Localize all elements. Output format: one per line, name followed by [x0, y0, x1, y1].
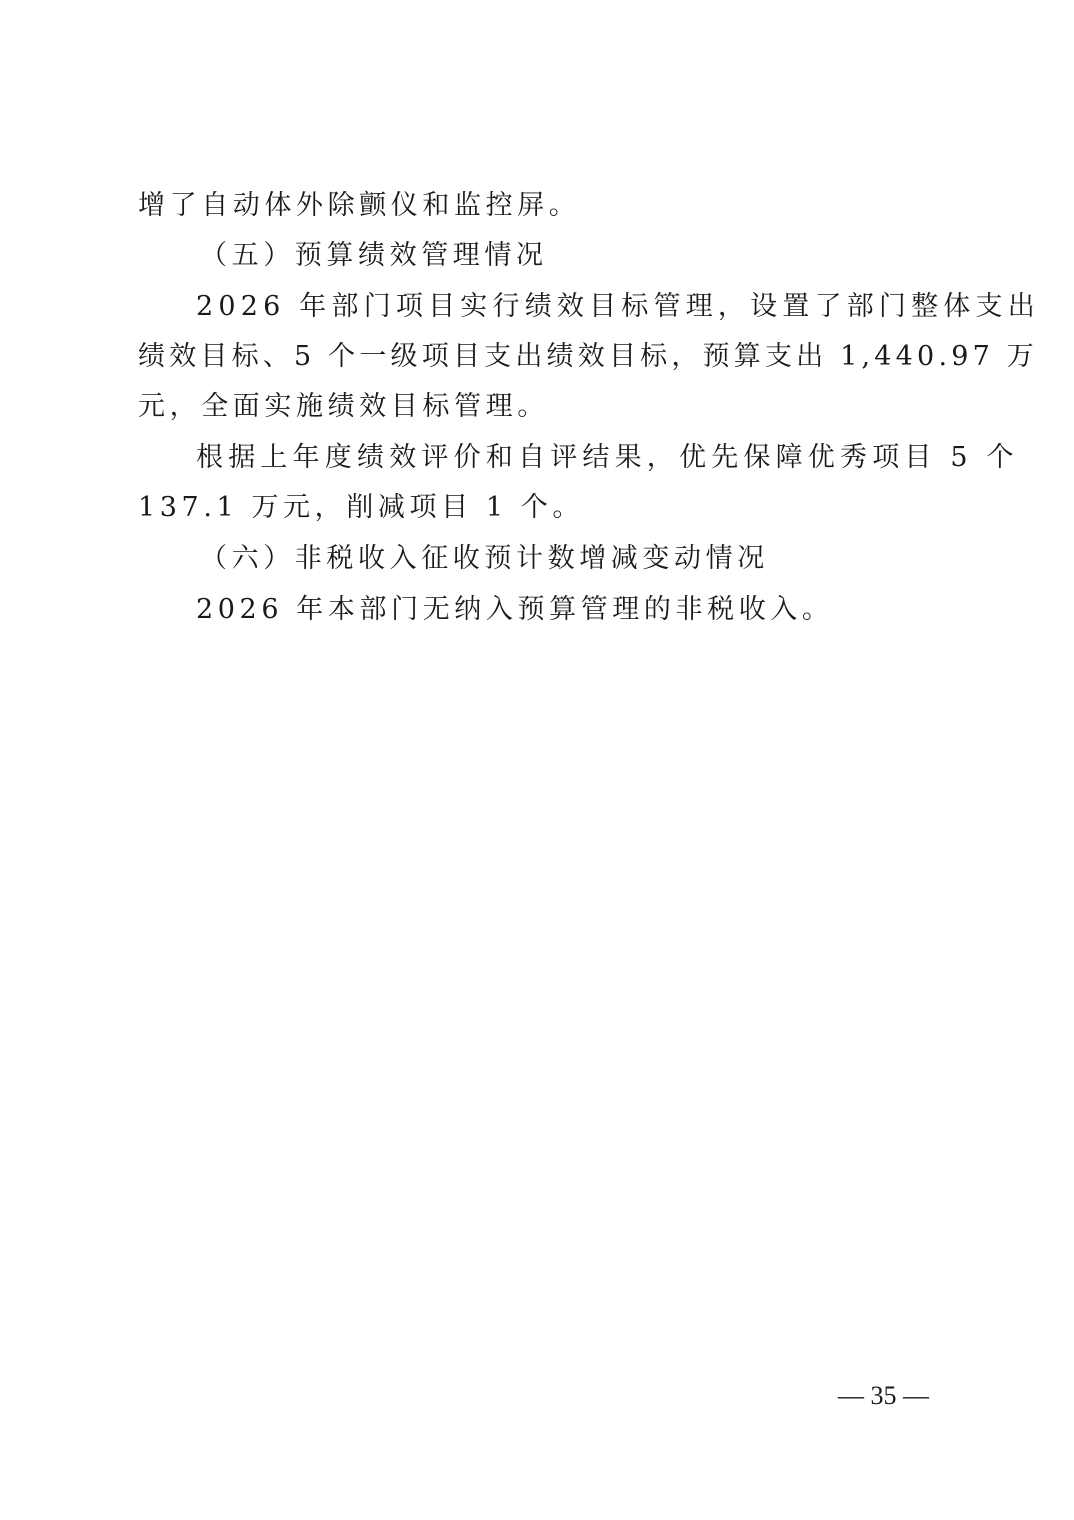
document-page: 增了自动体外除颤仪和监控屏。 （五）预算绩效管理情况 2026 年部门项目实行绩… — [0, 0, 1074, 1520]
paragraph-line: 根据上年度绩效评价和自评结果，优先保障优秀项目 5 个 — [196, 432, 1019, 484]
section-heading-6: （六）非税收入征收预计数增减变动情况 — [200, 533, 769, 585]
paragraph-line: 2026 年本部门无纳入预算管理的非税收入。 — [196, 584, 834, 636]
section-heading-5: （五）预算绩效管理情况 — [200, 230, 548, 282]
paragraph-line: 元，全面实施绩效目标管理。 — [138, 381, 549, 433]
page-number: — 35 — — [838, 1376, 929, 1416]
paragraph-continuation: 增了自动体外除颤仪和监控屏。 — [138, 180, 580, 232]
paragraph-line: 2026 年部门项目实行绩效目标管理，设置了部门整体支出 — [196, 281, 1040, 333]
paragraph-line: 绩效目标、5 个一级项目支出绩效目标，预算支出 1,440.97 万 — [138, 331, 1038, 383]
paragraph-line: 137.1 万元，削减项目 1 个。 — [138, 482, 584, 534]
